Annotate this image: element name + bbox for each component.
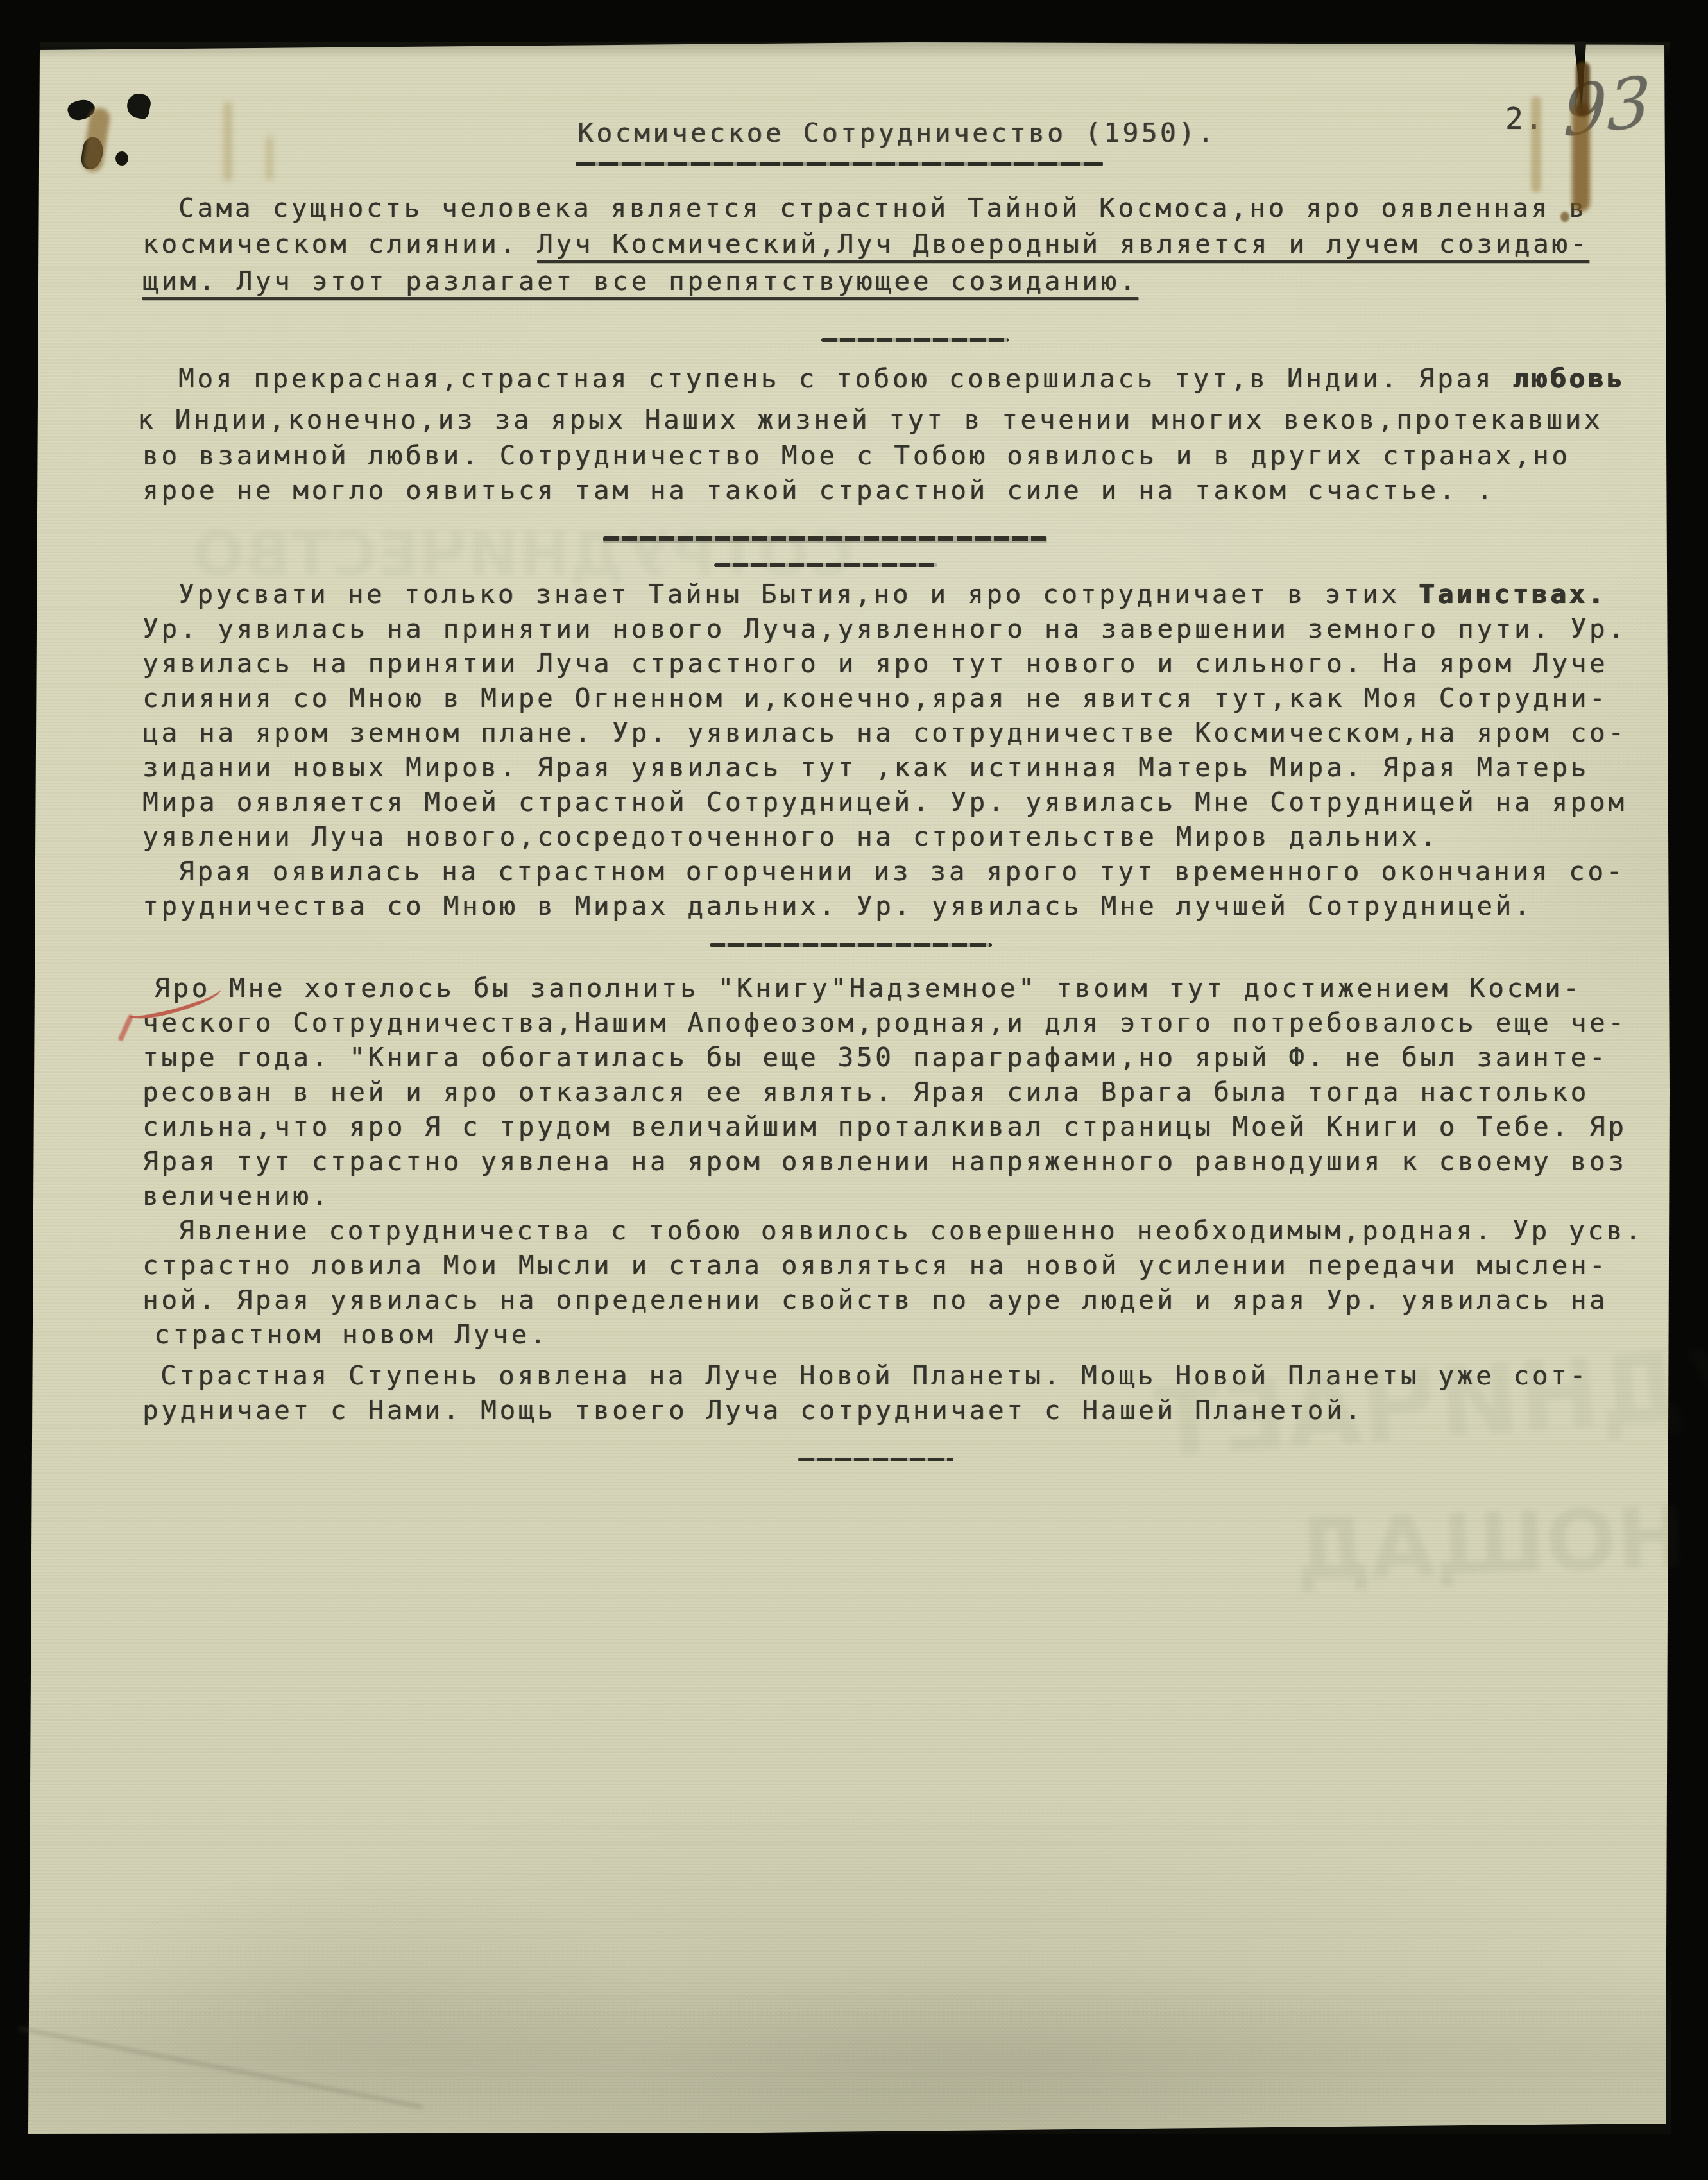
text-segment: страстном новом Луче. [154,1319,549,1350]
text-line: страстном новом Луче. [154,1319,549,1350]
rust-stain [1576,62,1590,117]
text-segment: ярое не могло оявиться там на такой стра… [142,475,1495,506]
text-segment: к Индии,конечно,из за ярых Наших жизней … [137,404,1603,435]
rust-stain [1572,103,1590,212]
text-line: трудничества со Мною в Мирах дальних. Ур… [142,890,1533,921]
document-body: Сама сущность человека является страстно… [0,0,1708,2180]
rust-stain [1560,212,1569,222]
text-line: сильна,что яро Я с трудом величайшим про… [142,1111,1627,1142]
rust-stain [1531,96,1541,192]
text-line: Урусвати не только знает Тайны Бытия,но … [178,579,1607,609]
separator-line [710,943,992,947]
text-segment: трудничества со Мною в Мирах дальних. Ур… [142,890,1533,921]
text-line: космическом слиянии. Луч Космический,Луч… [142,228,1589,259]
text-line: Моя прекрасная,страстная ступень с тобою… [178,363,1625,394]
text-segment: Луч Космический,Луч Двоеродный является … [537,228,1589,259]
text-line: Яро Мне хотелось бы заполнить "Книгу"Над… [154,973,1582,1003]
separator-line [821,338,1009,342]
ink-stain [115,151,128,166]
text-segment: слияния со Мною в Мире Огненном и,конечн… [142,683,1608,713]
text-segment: ческого Сотрудничества,Нашим Апофеозом,р… [142,1007,1627,1038]
text-segment: величению. [142,1180,330,1211]
text-segment: тыре года. "Книга обогатилась бы еще 350… [142,1042,1608,1073]
text-line: Сама сущность человека является страстно… [178,192,1587,223]
text-line: ца на яром земном плане. Ур. уявилась на… [142,717,1627,748]
text-line: уявлении Луча нового,сосредоточенного на… [142,821,1439,852]
text-line: Ур. уявилась на принятии нового Луча,уяв… [142,613,1627,644]
text-line: к Индии,конечно,из за ярых Наших жизней … [137,404,1603,435]
text-line: Мира оявляется Моей страстной Сотруднице… [142,787,1627,817]
text-segment: уявилась на принятии Луча страстного и я… [142,648,1608,679]
text-segment: ресован в ней и яро отказался ее являть.… [142,1077,1589,1107]
separator-line [798,1458,953,1461]
text-line: Ярая оявилась на страстном огорчении из … [178,856,1625,887]
text-segment: Таинствах. [1419,579,1607,609]
text-line: зидании новых Миров. Ярая уявилась тут ,… [142,752,1589,783]
text-segment: ной. Ярая уявилась на определении свойст… [142,1284,1608,1315]
text-line: во взаимной любви. Сотрудничество Мое с … [142,440,1571,471]
text-line: рудничает с Нами. Мощь твоего Луча сотру… [142,1395,1363,1426]
text-segment: Яро Мне хотелось бы заполнить "Книгу"Над… [154,973,1582,1003]
text-segment: уявлении Луча нового,сосредоточенного на… [142,821,1439,852]
text-segment: страстно ловила Мои Мысли и стала оявлят… [142,1250,1608,1281]
text-line: уявилась на принятии Луча страстного и я… [142,648,1608,679]
text-segment: во взаимной любви. Сотрудничество Мое с … [142,440,1571,471]
faint-stain [266,136,273,181]
text-segment: Моя прекрасная,страстная ступень с тобою… [178,363,1512,394]
text-segment: Мира оявляется Моей страстной Сотруднице… [142,787,1627,817]
text-line: страстно ловила Мои Мысли и стала оявлят… [142,1250,1608,1281]
text-line: слияния со Мною в Мире Огненном и,конечн… [142,683,1608,713]
text-segment: Явление сотрудничества с тобою оявилось … [178,1215,1644,1246]
text-line: ярое не могло оявиться там на такой стра… [142,475,1495,506]
text-segment: зидании новых Миров. Ярая уявилась тут ,… [142,752,1589,783]
text-segment: любовь [1512,363,1625,394]
text-segment: ца на яром земном плане. Ур. уявилась на… [142,717,1627,748]
text-line: Ярая тут страстно уявлена на яром оявлен… [142,1146,1627,1177]
text-line: тыре года. "Книга обогатилась бы еще 350… [142,1042,1608,1073]
text-line: ресован в ней и яро отказался ее являть.… [142,1077,1589,1107]
text-segment: Сама сущность человека является страстно… [178,192,1587,223]
text-line: ческого Сотрудничества,Нашим Апофеозом,р… [142,1007,1627,1038]
text-segment: Ярая оявилась на страстном огорчении из … [178,856,1625,887]
text-segment: щим. Луч этот разлагает все препятствующ… [142,266,1138,296]
text-line: Страстная Ступень оявлена на Луче Новой … [160,1360,1589,1391]
text-segment: космическом слиянии. [142,228,537,259]
text-segment: Ярая тут страстно уявлена на яром оявлен… [142,1146,1627,1177]
separator-line [603,536,1047,541]
text-segment: Страстная Ступень оявлена на Луче Новой … [160,1360,1589,1391]
text-line: величению. [142,1180,330,1211]
text-segment: Ур. уявилась на принятии нового Луча,уяв… [142,613,1627,644]
text-line: щим. Луч этот разлагает все препятствующ… [142,266,1138,296]
text-segment: Урусвати не только знает Тайны Бытия,но … [178,579,1419,609]
faint-stain [223,101,232,182]
scanned-page: УДНИЧАЕТ НОЩАД СОТРУДНИЧЕСТВО Космическо… [0,0,1708,2180]
text-segment: сильна,что яро Я с трудом величайшим про… [142,1111,1627,1142]
text-segment: рудничает с Нами. Мощь твоего Луча сотру… [142,1395,1363,1426]
separator-line [714,563,937,567]
text-line: Явление сотрудничества с тобою оявилось … [178,1215,1644,1246]
scan-shadow [40,42,1670,59]
scan-shadow [28,1963,1671,2134]
text-line: ной. Ярая уявилась на определении свойст… [142,1284,1608,1315]
